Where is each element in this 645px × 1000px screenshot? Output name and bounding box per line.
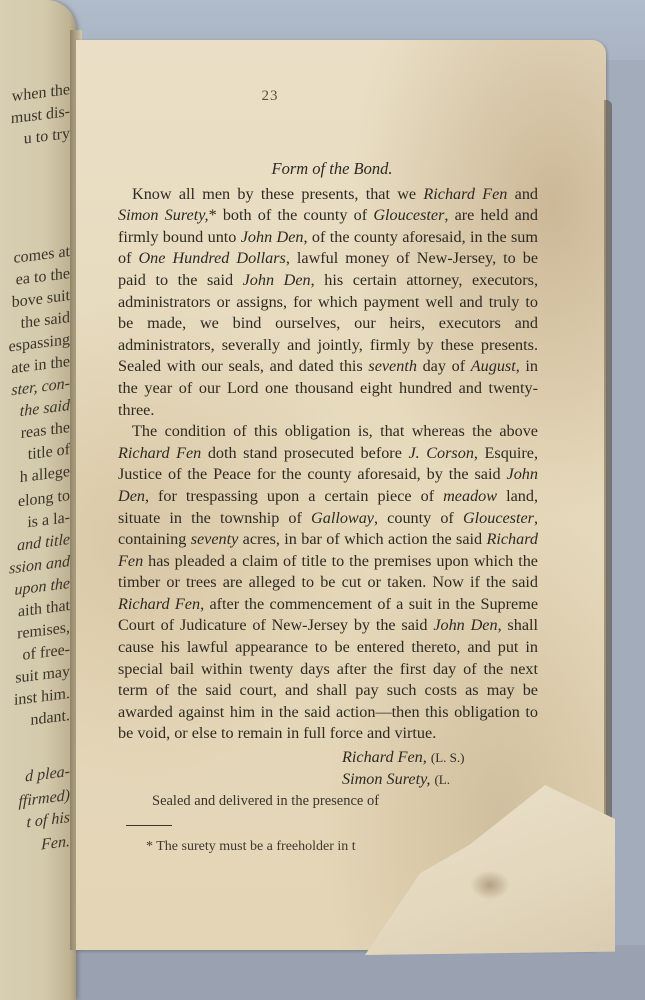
signatory-name: Simon Surety, bbox=[342, 770, 430, 788]
signature-line: Simon Surety, (L. bbox=[342, 769, 538, 791]
seal-mark: (L. S.) bbox=[431, 750, 465, 765]
signature-line: Richard Fen, (L. S.) bbox=[342, 747, 538, 769]
footnote-divider bbox=[126, 825, 172, 826]
left-facing-page: when themust dis-u to trycomes atea to t… bbox=[0, 0, 76, 1000]
signatory-name: Richard Fen, bbox=[342, 748, 427, 766]
sealed-delivered-line: Sealed and delivered in the presence of bbox=[118, 791, 538, 813]
bond-paragraph: Know all men by these presents, that we … bbox=[118, 184, 538, 422]
paper-stain bbox=[470, 870, 510, 900]
condition-paragraph: The condition of this obligation is, tha… bbox=[118, 421, 538, 745]
seal-mark: (L. bbox=[434, 772, 450, 787]
signature-block: Richard Fen, (L. S.) Simon Surety, (L. bbox=[118, 747, 538, 791]
backdrop-surface bbox=[0, 945, 645, 1000]
page-title: Form of the Bond. bbox=[118, 158, 538, 180]
page-number: 23 bbox=[240, 88, 300, 105]
page-text: Form of the Bond. Know all men by these … bbox=[118, 158, 538, 857]
